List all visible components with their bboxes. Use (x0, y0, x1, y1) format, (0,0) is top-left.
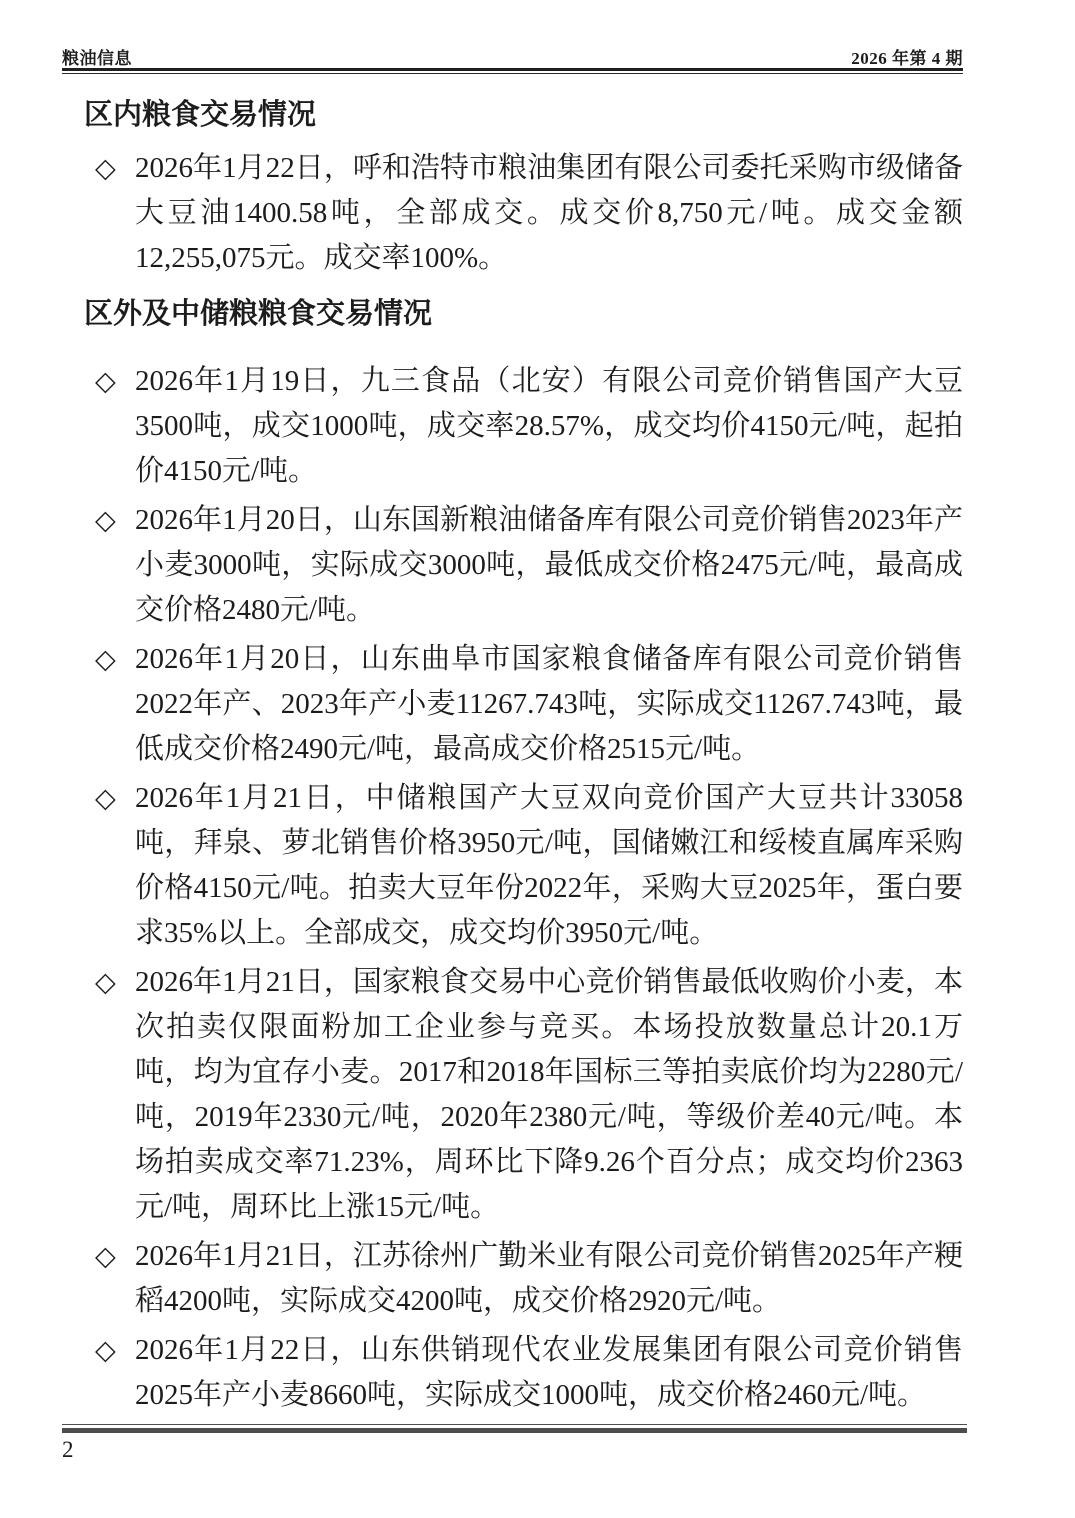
section-bullet-list: ◇ 2026年1月19日，九三食品（北安）有限公司竞价销售国产大豆3500吨，成… (0, 359, 1075, 1418)
bullet-item: ◇ 2026年1月22日，山东供销现代农业发展集团有限公司竞价销售2025年产小… (95, 1328, 963, 1418)
bullet-text: 2026年1月19日，九三食品（北安）有限公司竞价销售国产大豆3500吨，成交1… (135, 359, 963, 494)
header-issue-label: 2026 年第 4 期 (851, 44, 963, 69)
section-bullet-list: ◇ 2026年1月22日，呼和浩特市粮油集团有限公司委托采购市级储备大豆油140… (0, 146, 1075, 281)
footer-rule-thin-line (62, 1424, 967, 1425)
header-journal-title: 粮油信息 (62, 44, 132, 69)
diamond-bullet-icon: ◇ (95, 1328, 135, 1373)
document-page: 粮油信息 2026 年第 4 期 区内粮食交易情况 ◇ 2026年1月22日，呼… (0, 0, 1075, 1518)
header-rule (62, 68, 963, 74)
page-header: 粮油信息 2026 年第 4 期 (62, 44, 963, 69)
section-title: 区外及中储粮粮食交易情况 (84, 297, 963, 331)
bullet-item: ◇ 2026年1月20日，山东国新粮油储备库有限公司竞价销售2023年产小麦30… (95, 498, 963, 633)
header-rule-thin-line (62, 73, 963, 74)
bullet-item: ◇ 2026年1月19日，九三食品（北安）有限公司竞价销售国产大豆3500吨，成… (95, 359, 963, 494)
bullet-text: 2026年1月20日，山东曲阜市国家粮食储备库有限公司竞价销售2022年产、20… (135, 637, 963, 772)
section: 区外及中储粮粮食交易情况 ◇ 2026年1月19日，九三食品（北安）有限公司竞价… (0, 297, 1075, 1418)
bullet-text: 2026年1月21日，国家粮食交易中心竞价销售最低收购价小麦，本次拍卖仅限面粉加… (135, 960, 963, 1230)
diamond-bullet-icon: ◇ (95, 498, 135, 543)
diamond-bullet-icon: ◇ (95, 776, 135, 821)
footer-rule-thick-line (62, 1428, 967, 1433)
bullet-item: ◇ 2026年1月21日，中储粮国产大豆双向竞价国产大豆共计33058吨，拜泉、… (95, 776, 963, 956)
diamond-bullet-icon: ◇ (95, 359, 135, 404)
bullet-text: 2026年1月22日，呼和浩特市粮油集团有限公司委托采购市级储备大豆油1400.… (135, 146, 963, 281)
diamond-bullet-icon: ◇ (95, 1234, 135, 1279)
diamond-bullet-icon: ◇ (95, 146, 135, 191)
bullet-item: ◇ 2026年1月22日，呼和浩特市粮油集团有限公司委托采购市级储备大豆油140… (95, 146, 963, 281)
diamond-bullet-icon: ◇ (95, 637, 135, 682)
bullet-text: 2026年1月21日，中储粮国产大豆双向竞价国产大豆共计33058吨，拜泉、萝北… (135, 776, 963, 956)
section-title: 区内粮食交易情况 (84, 98, 963, 132)
bullet-item: ◇ 2026年1月21日，江苏徐州广勤米业有限公司竞价销售2025年产粳稻420… (95, 1234, 963, 1324)
page-number: 2 (62, 1437, 74, 1463)
section: 区内粮食交易情况 ◇ 2026年1月22日，呼和浩特市粮油集团有限公司委托采购市… (0, 98, 1075, 281)
document-body: 区内粮食交易情况 ◇ 2026年1月22日，呼和浩特市粮油集团有限公司委托采购市… (0, 98, 1075, 1434)
bullet-item: ◇ 2026年1月21日，国家粮食交易中心竞价销售最低收购价小麦，本次拍卖仅限面… (95, 960, 963, 1230)
diamond-bullet-icon: ◇ (95, 960, 135, 1005)
header-rule-thick-line (62, 68, 963, 71)
bullet-text: 2026年1月21日，江苏徐州广勤米业有限公司竞价销售2025年产粳稻4200吨… (135, 1234, 963, 1324)
bullet-text: 2026年1月22日，山东供销现代农业发展集团有限公司竞价销售2025年产小麦8… (135, 1328, 963, 1418)
bullet-item: ◇ 2026年1月20日，山东曲阜市国家粮食储备库有限公司竞价销售2022年产、… (95, 637, 963, 772)
bullet-text: 2026年1月20日，山东国新粮油储备库有限公司竞价销售2023年产小麦3000… (135, 498, 963, 633)
footer-rule (62, 1424, 967, 1433)
